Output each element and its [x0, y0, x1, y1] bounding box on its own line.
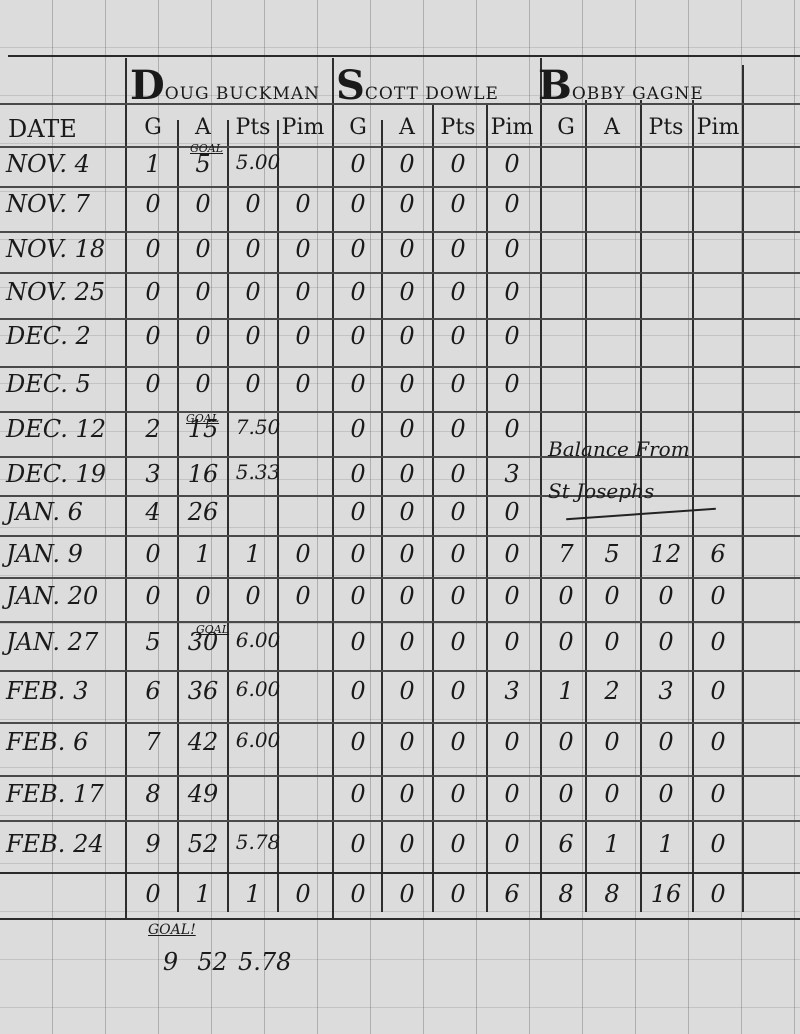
stat-cell: 0 [641, 582, 691, 610]
goal-label: GOAL [196, 623, 229, 636]
stat-cell: 0 [693, 628, 743, 656]
stat-cell: 0 [433, 190, 483, 218]
stat-header-pts: Pts [641, 115, 691, 140]
stat-cell: 7 [128, 728, 178, 756]
game-date: NOV. 4 [6, 150, 90, 178]
date-header: DATE [8, 115, 77, 143]
stat-cell: 0 [382, 728, 432, 756]
stat-cell: 0 [433, 278, 483, 306]
stat-cell: 0 [128, 540, 178, 568]
game-date: DEC. 5 [6, 370, 91, 398]
stat-cell: 5 [128, 628, 178, 656]
stat-cell: 0 [641, 628, 691, 656]
total-cell: 0 [128, 880, 178, 908]
stat-cell: 0 [382, 235, 432, 263]
game-date: DEC. 19 [6, 460, 106, 488]
stat-cell: 0 [178, 235, 228, 263]
stat-header-g: G [541, 115, 591, 140]
stat-cell: 0 [541, 728, 591, 756]
final-value: 52 [190, 948, 235, 976]
stat-cell: 5 [587, 540, 637, 568]
stat-header-pts: Pts [228, 115, 278, 140]
stat-cell: 0 [433, 677, 483, 705]
stat-cell: 6 [541, 830, 591, 858]
stat-cell: 6.00 [228, 628, 288, 652]
row-rule [0, 366, 800, 368]
row-rule [0, 775, 800, 777]
game-date: JAN. 27 [6, 628, 98, 656]
stat-cell: 0 [382, 830, 432, 858]
stat-cell: 0 [433, 322, 483, 350]
stat-cell: 6 [128, 677, 178, 705]
game-date: FEB. 6 [6, 728, 88, 756]
stat-cell: 0 [278, 278, 328, 306]
row-rule [0, 535, 800, 537]
stat-cell: 0 [433, 540, 483, 568]
stat-cell: 0 [333, 830, 383, 858]
note-line: St Josephs [548, 470, 690, 512]
final-value: 9 [148, 948, 193, 976]
stat-cell: 2 [587, 677, 637, 705]
player-initial: B [538, 62, 572, 109]
stat-cell: 0 [178, 322, 228, 350]
stat-cell: 0 [333, 190, 383, 218]
stat-cell: 12 [641, 540, 691, 568]
row-rule [0, 722, 800, 724]
scoresheet-page: DOUG BUCKMAN SCOTT DOWLE BOBBY GAGNE DAT… [0, 0, 800, 1034]
stat-cell: 0 [641, 728, 691, 756]
stat-cell: 0 [487, 582, 537, 610]
stat-cell: 0 [228, 370, 278, 398]
stat-cell: 0 [433, 460, 483, 488]
stat-cell: 6 [693, 540, 743, 568]
stat-cell: 0 [487, 498, 537, 526]
player-surname: COTT DOWLE [365, 84, 499, 104]
stat-cell: 0 [333, 150, 383, 178]
total-cell: 1 [178, 880, 228, 908]
stat-cell: 5.33 [228, 460, 288, 484]
stat-cell: 0 [382, 150, 432, 178]
stat-cell: 0 [587, 780, 637, 808]
stat-cell: 0 [433, 370, 483, 398]
stat-cell: 0 [382, 370, 432, 398]
stat-cell: 0 [433, 235, 483, 263]
stat-cell: 0 [382, 278, 432, 306]
total-cell: 0 [382, 880, 432, 908]
stat-cell: 0 [333, 728, 383, 756]
player-surname: OUG BUCKMAN [165, 84, 320, 104]
total-cell: 0 [333, 880, 383, 908]
final-value: 5.78 [238, 948, 283, 976]
stat-cell: 5.00 [228, 150, 288, 174]
stat-cell: 0 [228, 322, 278, 350]
stat-cell: 26 [178, 498, 228, 526]
stat-cell: 3 [641, 677, 691, 705]
row-rule [0, 872, 800, 874]
stat-header-pim: Pim [487, 115, 537, 140]
stat-header-a: A [587, 115, 637, 140]
stat-cell: 0 [693, 780, 743, 808]
stat-header-pim: Pim [693, 115, 743, 140]
stat-cell: 0 [487, 150, 537, 178]
stat-cell: 0 [333, 415, 383, 443]
stat-cell: 6.00 [228, 677, 288, 701]
stat-cell: 2 [128, 415, 178, 443]
stat-cell: 1 [541, 677, 591, 705]
stat-cell: 0 [278, 322, 328, 350]
total-cell: 8 [541, 880, 591, 908]
transfer-note: Balance From St Josephs [548, 428, 690, 512]
stat-cell: 0 [128, 322, 178, 350]
stat-cell: 0 [487, 322, 537, 350]
stat-cell: 0 [487, 278, 537, 306]
stat-cell: 0 [433, 830, 483, 858]
stat-cell: 0 [693, 830, 743, 858]
stat-cell: 0 [382, 498, 432, 526]
goal-label-final: GOAL! [148, 922, 196, 938]
stat-cell: 0 [382, 415, 432, 443]
stat-cell: 0 [333, 628, 383, 656]
stat-cell: 0 [228, 235, 278, 263]
stat-cell: 42 [178, 728, 228, 756]
stat-cell: 0 [541, 780, 591, 808]
player-surname: OBBY GAGNE [572, 84, 704, 104]
game-date: JAN. 9 [6, 540, 83, 568]
player-initial: D [130, 62, 165, 109]
stat-cell: 1 [587, 830, 637, 858]
stat-cell: 1 [128, 150, 178, 178]
row-rule [0, 146, 800, 148]
stat-cell: 7 [541, 540, 591, 568]
row-rule [0, 411, 800, 413]
stat-cell: 0 [228, 190, 278, 218]
game-date: FEB. 17 [6, 780, 104, 808]
stat-cell: 0 [433, 780, 483, 808]
stat-cell: 0 [487, 728, 537, 756]
goal-label: GOAL [186, 412, 219, 425]
stat-cell: 0 [128, 190, 178, 218]
total-cell: 0 [693, 880, 743, 908]
stat-cell: 1 [228, 540, 278, 568]
stat-cell: 0 [333, 540, 383, 568]
game-date: NOV. 7 [6, 190, 90, 218]
stat-cell: 52 [178, 830, 228, 858]
player-name-doug: DOUG BUCKMAN [130, 62, 320, 109]
stat-cell: 3 [487, 677, 537, 705]
stat-cell: 0 [433, 498, 483, 526]
stat-cell: 0 [382, 628, 432, 656]
stat-cell: 0 [693, 677, 743, 705]
stat-cell: 1 [641, 830, 691, 858]
stat-cell: 0 [333, 582, 383, 610]
total-cell: 1 [228, 880, 278, 908]
row-rule [0, 318, 800, 320]
stat-cell: 0 [178, 370, 228, 398]
stat-cell: 0 [382, 582, 432, 610]
stat-header-a: A [382, 115, 432, 140]
stat-cell: 0 [541, 582, 591, 610]
row-rule [0, 231, 800, 233]
stat-cell: 3 [487, 460, 537, 488]
stat-cell: 0 [433, 628, 483, 656]
stat-cell: 0 [382, 677, 432, 705]
stat-cell: 0 [228, 278, 278, 306]
stat-cell: 0 [382, 540, 432, 568]
stat-cell: 0 [333, 235, 383, 263]
game-date: FEB. 24 [6, 830, 104, 858]
top-rule [8, 55, 800, 57]
stat-cell: 0 [278, 582, 328, 610]
stat-cell: 0 [333, 278, 383, 306]
stat-cell: 0 [278, 190, 328, 218]
stat-cell: 0 [433, 415, 483, 443]
stat-cell: 0 [641, 780, 691, 808]
row-rule [0, 272, 800, 274]
stat-cell: 0 [487, 628, 537, 656]
stat-cell: 6.00 [228, 728, 288, 752]
total-cell: 0 [433, 880, 483, 908]
stat-cell: 0 [278, 540, 328, 568]
game-date: NOV. 18 [6, 235, 105, 263]
stat-cell: 0 [382, 460, 432, 488]
stat-cell: 0 [487, 830, 537, 858]
game-date: FEB. 3 [6, 677, 88, 705]
stat-cell: 36 [178, 677, 228, 705]
stat-cell: 0 [487, 415, 537, 443]
stat-cell: 0 [587, 582, 637, 610]
game-date: NOV. 25 [6, 278, 105, 306]
stat-cell: 16 [178, 460, 228, 488]
stat-cell: 0 [382, 322, 432, 350]
stat-cell: 0 [487, 190, 537, 218]
row-rule [0, 186, 800, 188]
game-date: DEC. 12 [6, 415, 106, 443]
stat-cell: 0 [128, 235, 178, 263]
game-date: JAN. 6 [6, 498, 83, 526]
stat-cell: 0 [487, 235, 537, 263]
stat-cell: 0 [333, 780, 383, 808]
stat-cell: 0 [178, 582, 228, 610]
stat-cell: 0 [178, 278, 228, 306]
player-initial: S [336, 62, 365, 109]
row-rule [0, 918, 800, 920]
row-rule [0, 577, 800, 579]
stat-cell: 0 [178, 190, 228, 218]
stat-cell: 0 [487, 370, 537, 398]
player-name-scott: SCOTT DOWLE [336, 62, 499, 109]
stat-cell: 0 [433, 728, 483, 756]
stat-cell: 0 [587, 628, 637, 656]
total-cell: 16 [641, 880, 691, 908]
stat-cell: 0 [587, 728, 637, 756]
stat-cell: 0 [487, 540, 537, 568]
row-rule [0, 820, 800, 822]
game-date: JAN. 20 [6, 582, 98, 610]
stat-cell: 0 [228, 582, 278, 610]
stat-cell: 0 [382, 190, 432, 218]
stat-cell: 8 [128, 780, 178, 808]
stat-cell: 0 [333, 370, 383, 398]
stat-cell: 0 [128, 278, 178, 306]
row-rule [0, 621, 800, 623]
stat-cell: 0 [382, 780, 432, 808]
stat-cell: 9 [128, 830, 178, 858]
stat-cell: 4 [128, 498, 178, 526]
stat-cell: 0 [433, 150, 483, 178]
goal-label: GOAL [190, 142, 223, 155]
stat-header-pts: Pts [433, 115, 483, 140]
stat-cell: 0 [128, 370, 178, 398]
total-cell: 8 [587, 880, 637, 908]
player-name-bobby: BOBBY GAGNE [538, 62, 704, 109]
stat-cell: 0 [278, 370, 328, 398]
total-cell: 6 [487, 880, 537, 908]
stat-cell: 5.78 [228, 830, 288, 854]
row-rule [0, 670, 800, 672]
game-date: DEC. 2 [6, 322, 91, 350]
stat-cell: 49 [178, 780, 228, 808]
stat-header-pim: Pim [278, 115, 328, 140]
stat-cell: 0 [433, 582, 483, 610]
stat-cell: 3 [128, 460, 178, 488]
stat-cell: 0 [693, 728, 743, 756]
stat-cell: 0 [693, 582, 743, 610]
stat-cell: 0 [278, 235, 328, 263]
stat-cell: 0 [487, 780, 537, 808]
stat-header-a: A [178, 115, 228, 140]
stat-cell: 7.50 [228, 415, 288, 439]
stat-cell: 0 [333, 498, 383, 526]
stat-header-g: G [333, 115, 383, 140]
stat-cell: 0 [333, 322, 383, 350]
total-cell: 0 [278, 880, 328, 908]
stat-cell: 0 [541, 628, 591, 656]
stat-cell: 0 [333, 677, 383, 705]
stat-cell: 1 [178, 540, 228, 568]
stat-cell: 0 [333, 460, 383, 488]
stat-header-g: G [128, 115, 178, 140]
stat-cell: 0 [128, 582, 178, 610]
note-line: Balance From [548, 428, 690, 470]
